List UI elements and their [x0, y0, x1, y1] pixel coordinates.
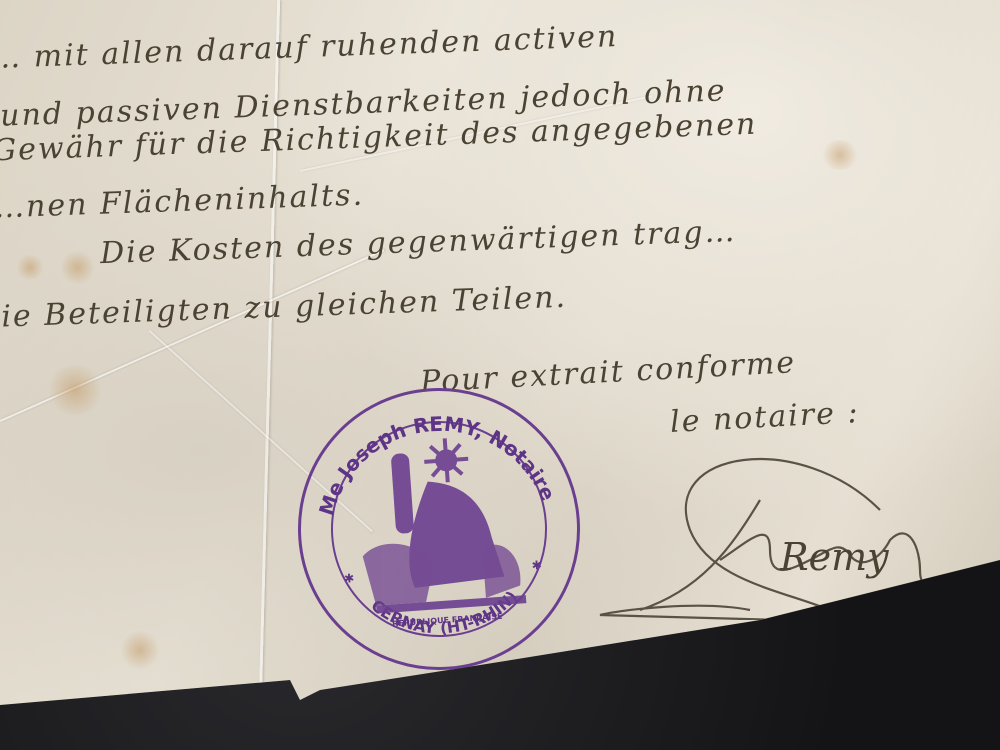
handwritten-line: die Beteiligten zu gleichen Teilen.	[0, 280, 568, 335]
foxing-stain	[120, 630, 160, 670]
closing-line-2: le notaire :	[669, 395, 860, 440]
notary-stamp: Me Joseph REMY, Notaire CERNAY (HT-RHIN)…	[289, 379, 590, 680]
foxing-stain	[820, 140, 860, 170]
star-icon: ✱	[344, 571, 355, 586]
photo-scene: … mit allen darauf ruhenden activen und …	[0, 0, 1000, 750]
star-icon: ✱	[531, 558, 542, 573]
foxing-stain	[45, 365, 105, 415]
handwritten-line: Die Kosten des gegenwärtigen trag…	[100, 214, 737, 271]
handwritten-line: … mit allen darauf ruhenden activen	[0, 19, 619, 76]
svg-text:Remy: Remy	[779, 535, 889, 579]
stamp-ring-text: Me Joseph REMY, Notaire CERNAY (HT-RHIN)…	[292, 382, 587, 677]
handwritten-line: …nen Flächeninhalts.	[0, 178, 365, 226]
foxing-stain	[60, 250, 95, 285]
foxing-stain	[15, 255, 45, 280]
marianne-emblem	[355, 433, 526, 614]
